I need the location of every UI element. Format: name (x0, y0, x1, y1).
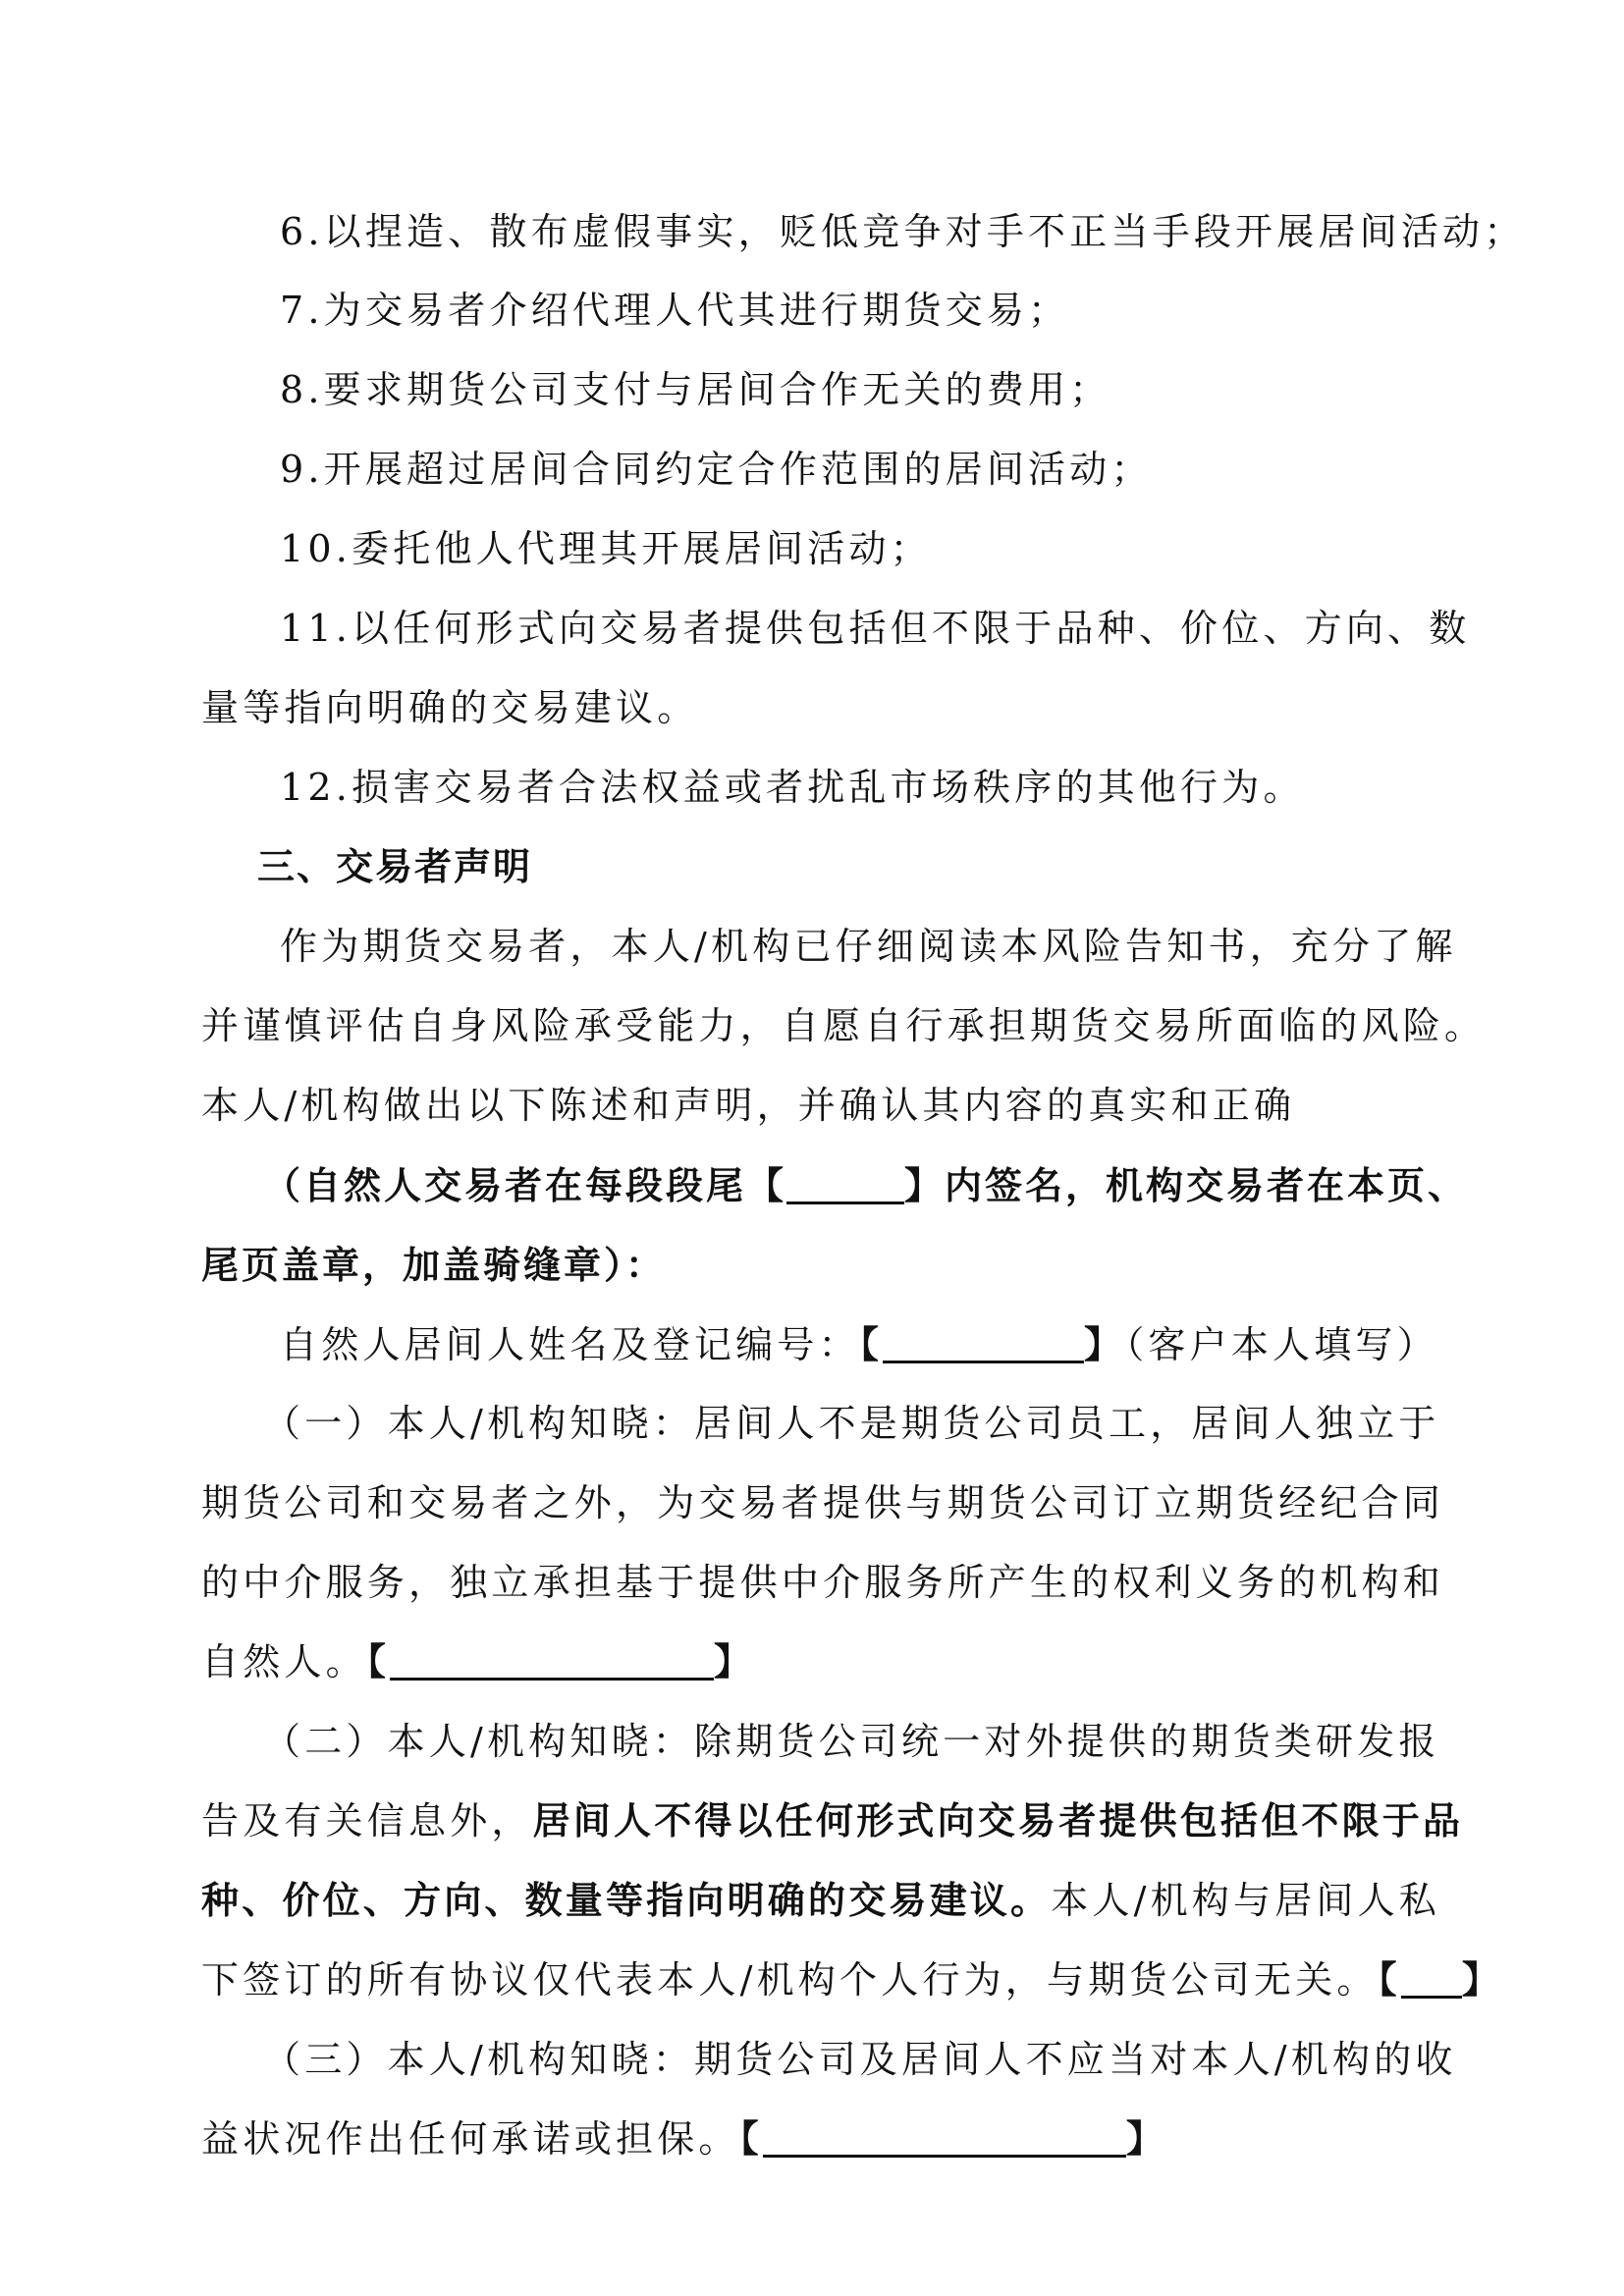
bracket-close: 】 (1462, 1958, 1503, 2002)
clause-2-line-4: 下签订的所有协议仅代表本人/机构个人行为，与期货公司无关。【】 (201, 1950, 1507, 2009)
list-item-9: 9.开展超过居间合同约定合作范围的居间活动； (280, 440, 1586, 499)
clause-1-line-3: 的中介服务，独立承担基于提供中介服务所产生的权利义务的机构和 (201, 1553, 1507, 1612)
bracket-open: 【 (367, 1640, 390, 1683)
clause-1-line-2: 期货公司和交易者之外，为交易者提供与期货公司订立期货经纪合同 (201, 1473, 1507, 1532)
signature-blank[interactable] (786, 1162, 904, 1204)
instruction-line-1: （自然人交易者在每段段尾【】内签名，机构交易者在本页、 (263, 1156, 1569, 1215)
clause-2-line-1: （二）本人/机构知晓：除期货公司统一对外提供的期货类研发报 (263, 1712, 1569, 1771)
bracket-open: 【 (1379, 1958, 1401, 2002)
list-number: 12. (280, 766, 352, 809)
list-number: 8. (280, 368, 324, 411)
intermediary-name-field: 自然人居间人姓名及登记编号：【】（客户本人填写） (280, 1315, 1586, 1374)
clause-1-signature-field[interactable] (390, 1638, 714, 1681)
bracket-close: 】 (904, 1164, 945, 1207)
instruction-line-2: 尾页盖章，加盖骑缝章）： (201, 1236, 1507, 1295)
list-item-10: 10.委托他人代理其开展居间活动； (280, 519, 1586, 578)
bracket-close: 】 (1126, 2117, 1167, 2161)
clause-3-signature-field[interactable] (763, 2115, 1126, 2158)
list-text: 要求期货公司支付与居间合作无关的费用； (324, 368, 1111, 411)
list-text: 为交易者介绍代理人代其进行期货交易； (324, 289, 1070, 332)
list-item-11: 11.以任何形式向交易者提供包括但不限于品种、价位、方向、数 (280, 599, 1586, 658)
bracket-close: 】 (1084, 1323, 1125, 1366)
bold-emphasis: 居间人不得以任何形式向交易者提供包括但不限于品 (533, 1799, 1464, 1842)
list-text: 以任何形式向交易者提供包括但不限于品种、价位、方向、数 (352, 607, 1470, 650)
list-number: 9. (280, 448, 324, 491)
intro-line-3: 本人/机构做出以下陈述和声明，并确认其内容的真实和正确 (201, 1076, 1507, 1135)
clause-3-line-1: （三）本人/机构知晓：期货公司及居间人不应当对本人/机构的收 (263, 2030, 1569, 2089)
list-number: 11. (280, 607, 352, 650)
clause-2-line-3: 种、价位、方向、数量等指向明确的交易建议。本人/机构与居间人私 (201, 1871, 1507, 1930)
list-text: 开展超过居间合同约定合作范围的居间活动； (324, 448, 1153, 491)
list-item-11-continuation: 量等指向明确的交易建议。 (201, 678, 1507, 737)
list-item-7: 7.为交易者介绍代理人代其进行期货交易； (280, 281, 1586, 340)
list-text: 量等指向明确的交易建议。 (201, 686, 698, 729)
clause-2-signature-field[interactable] (1401, 1956, 1462, 1999)
list-number: 10. (280, 527, 352, 570)
bracket-open: 【 (740, 2117, 763, 2161)
clause-1-line-1: （一）本人/机构知晓：居间人不是期货公司员工，居间人独立于 (263, 1394, 1569, 1453)
list-text: 委托他人代理其开展居间活动； (352, 527, 932, 570)
intro-line-1: 作为期货交易者，本人/机构已仔细阅读本风险告知书，充分了解 (280, 917, 1586, 976)
intro-line-2: 并谨慎评估自身风险承受能力，自愿自行承担期货交易所面临的风险。 (201, 996, 1507, 1055)
intermediary-name-input[interactable] (883, 1321, 1084, 1363)
bracket-open: 【 (746, 1164, 786, 1207)
document-page: 6.以捏造、散布虚假事实，贬低竞争对手不正当手段开展居间活动； 7.为交易者介绍… (0, 0, 1624, 2296)
list-text: 以捏造、散布虚假事实，贬低竞争对手不正当手段开展居间活动； (324, 210, 1526, 253)
clause-3-line-2: 益状况作出任何承诺或担保。【】 (201, 2109, 1507, 2168)
list-number: 6. (280, 210, 324, 253)
list-item-8: 8.要求期货公司支付与居间合作无关的费用； (280, 360, 1586, 419)
list-item-6: 6.以捏造、散布虚假事实，贬低竞争对手不正当手段开展居间活动； (280, 202, 1586, 261)
clause-1-line-4: 自然人。【】 (201, 1632, 1507, 1691)
list-item-12: 12.损害交易者合法权益或者扰乱市场秩序的其他行为。 (280, 758, 1586, 817)
intermediary-note: （客户本人填写） (1125, 1323, 1438, 1366)
list-text: 损害交易者合法权益或者扰乱市场秩序的其他行为。 (352, 766, 1305, 809)
bracket-close: 】 (714, 1640, 755, 1683)
clause-2-line-2: 告及有关信息外，居间人不得以任何形式向交易者提供包括但不限于品 (201, 1791, 1507, 1850)
section-heading: 三、交易者声明 (257, 837, 1563, 896)
bracket-open: 【 (860, 1323, 883, 1366)
intermediary-label: 自然人居间人姓名及登记编号： (280, 1323, 860, 1366)
bold-emphasis: 种、价位、方向、数量等指向明确的交易建议。 (201, 1879, 1051, 1922)
list-number: 7. (280, 289, 324, 332)
